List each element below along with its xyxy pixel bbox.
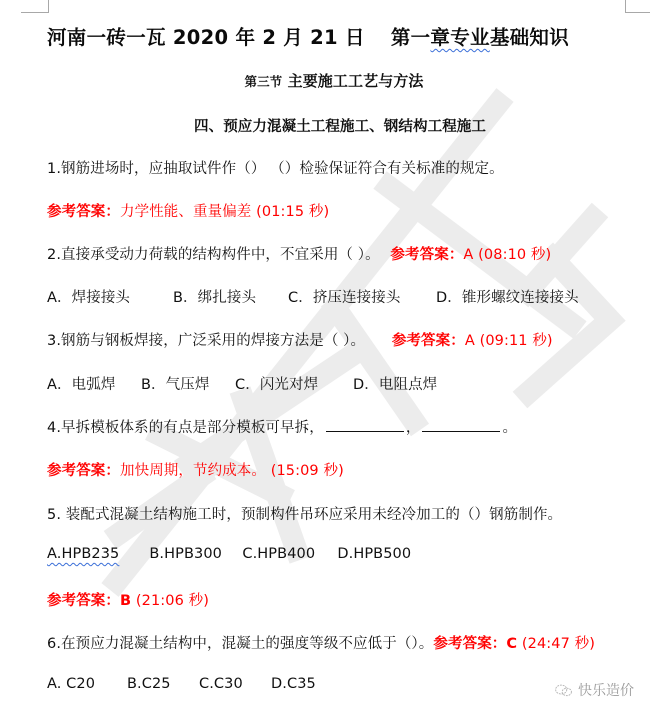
question-5-options: A.HPB235B.HPB300C.HPB400D.HPB500 [47,546,411,562]
document-title: 河南一砖一瓦 2020 年 2 月 21 日第一章专业基础知识 [47,22,569,50]
title-chapter-suffix: 基础知识 [490,26,569,49]
answer-time: (09:11 秒) [480,333,553,349]
option-b: B．气压焊 [141,373,235,394]
answer-4: 参考答案：加快周期，节约成本。 (15:09 秒) [47,459,344,480]
option-d: D.HPB500 [337,546,411,562]
answer-value: A [463,247,473,263]
question-text: 1.钢筋进场时，应抽取试件作（） （）检验保证符合有关标准的规定。 [47,161,504,177]
question-6-options: A. C20B.C25C.C30D.C35 [47,676,316,692]
blank-end: 。 [502,420,517,436]
answer-label: 参考答案： [390,247,463,263]
answer-value: B [120,593,131,609]
question-text: 5. 装配式混凝土结构施工时，预制构件吊环应采用未经冷加工的（）钢筋制作。 [47,507,562,523]
question-3-options: A．电弧焊B．气压焊C．闪光对焊D．电阻点焊 [47,373,437,394]
answer-label: 参考答案： [47,463,120,479]
option-a: A．焊接接头 [47,286,173,307]
question-text: 4.早拆模板体系的有点是部分模板可早拆， [47,420,324,436]
question-1: 1.钢筋进场时，应抽取试件作（） （）检验保证符合有关标准的规定。 [47,157,504,178]
page-corner-mark-top-left [21,0,49,13]
question-6: 6.在预应力混凝土结构中，混凝土的强度等级不应低于（）。参考答案：C (24:4… [47,632,595,653]
title-date: 河南一砖一瓦 2020 年 2 月 21 日 [47,26,365,49]
answer-time: (15:09 秒) [271,463,344,479]
question-2: 2.直接承受动力荷载的结构构件中，不宜采用（ ）。 参考答案：A (08:10 … [47,243,551,264]
option-c: C．挤压连接接头 [288,286,436,307]
answer-value: 加快周期，节约成本。 [120,463,266,479]
wechat-icon [554,684,574,697]
footer-logo-text: 快乐造价 [578,683,634,699]
question-2-options: A．焊接接头B．绑扎接头C．挤压连接接头D．锥形螺纹连接接头 [47,286,579,307]
answer-time: (01:15 秒) [256,204,329,220]
answer-value: 力学性能、重量偏差 [120,204,251,220]
watermark-graphic [0,0,668,723]
answer-value: C [506,636,517,652]
blank-separator: ， [406,420,421,436]
answer-time: (24:47 秒) [522,636,595,652]
answer-label: 参考答案： [47,593,120,609]
question-4: 4.早拆模板体系的有点是部分模板可早拆，，。 [47,416,517,437]
title-chapter-spellcheck: 章专业 [430,26,489,49]
option-a: A．电弧焊 [47,373,141,394]
answer-value: A [465,333,475,349]
answer-label: 参考答案： [433,636,506,652]
answer-label: 参考答案： [392,333,465,349]
footer-logo: 快乐造价 [554,680,634,700]
answer-time: (21:06 秒) [136,593,209,609]
fill-blank-1 [326,419,404,432]
fill-blank-2 [422,419,500,432]
option-c: C.C30 [199,676,271,692]
option-c: C.HPB400 [242,546,337,562]
document-page: 河南一砖一瓦 2020 年 2 月 21 日第一章专业基础知识 第三节 主要施工… [0,0,668,723]
question-text: 6.在预应力混凝土结构中，混凝土的强度等级不应低于（）。 [47,636,433,652]
answer-time: (08:10 秒) [478,247,551,263]
section-heading: 第三节 主要施工工艺与方法 [0,70,668,91]
page-corner-mark-top-right [625,0,650,13]
option-b: B．绑扎接头 [173,286,288,307]
option-b: B.C25 [127,676,199,692]
section-number: 第三节 [244,74,282,89]
section-title: 主要施工工艺与方法 [288,72,424,90]
option-a: A.HPB235 [47,546,119,562]
option-d: D．锥形螺纹连接接头 [436,286,579,307]
option-d: D.C35 [271,676,316,692]
subsection-heading: 四、预应力混凝土工程施工、钢结构工程施工 [0,115,668,136]
title-chapter-prefix: 第一 [391,26,431,49]
question-text: 3.钢筋与钢板焊接，广泛采用的焊接方法是（ ）。 [47,333,365,349]
option-d: D．电阻点焊 [353,373,437,394]
answer-label: 参考答案： [47,204,120,220]
answer-5: 参考答案：B (21:06 秒) [47,589,209,610]
answer-1: 参考答案：力学性能、重量偏差 (01:15 秒) [47,200,329,221]
option-a: A. C20 [47,676,127,692]
question-3: 3.钢筋与钢板焊接，广泛采用的焊接方法是（ ）。 参考答案：A (09:11 秒… [47,329,553,350]
option-b: B.HPB300 [149,546,242,562]
question-5: 5. 装配式混凝土结构施工时，预制构件吊环应采用未经冷加工的（）钢筋制作。 [47,503,562,524]
question-text: 2.直接承受动力荷载的结构构件中，不宜采用（ ）。 [47,247,380,263]
option-c: C．闪光对焊 [235,373,353,394]
